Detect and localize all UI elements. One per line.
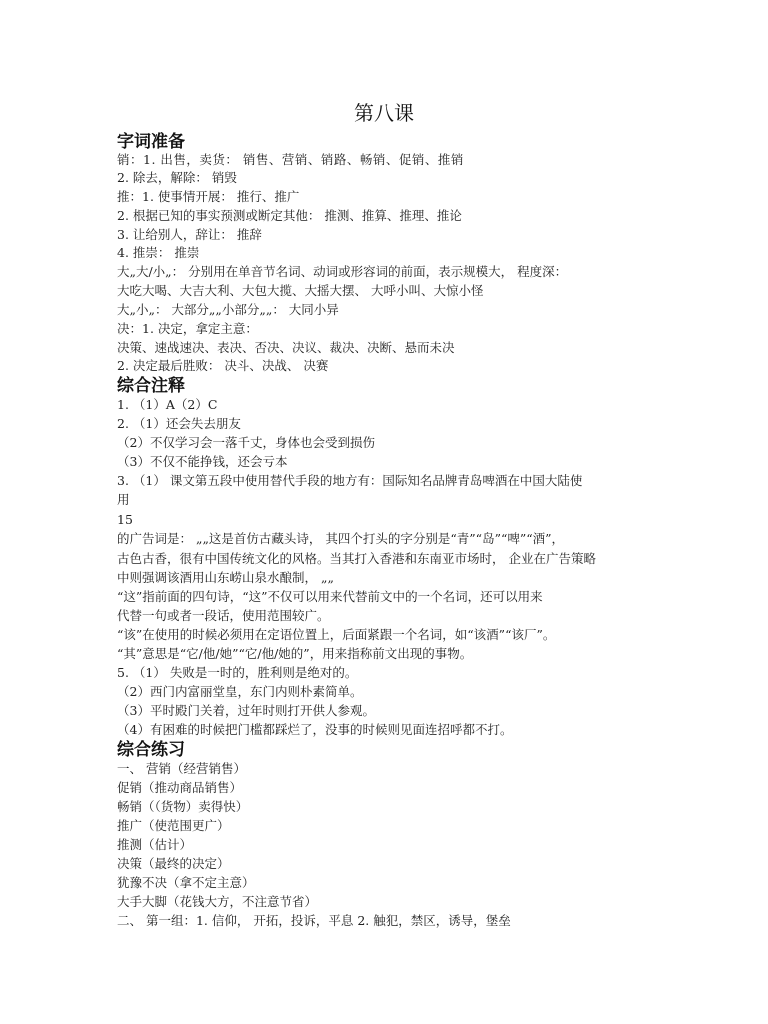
text-line: “其”意思是“它/他/她”“它/他/她的”，用来指称前文出现的事物。 (117, 646, 472, 662)
text-line: 4. 推崇： 推崇 (117, 245, 199, 261)
text-line: 2. 根据已知的事实预测或断定其他： 推测、推算、推理、推论 (117, 208, 462, 224)
text-line: 古色古香，很有中国传统文化的风格。当其打入香港和东南亚市场时， 企业在广告策略 (117, 551, 596, 567)
section-heading-vocabulary: 字词准备 (117, 132, 185, 152)
text-line: 推：1. 使事情开展： 推行、推广 (117, 189, 299, 205)
document-page: 第八课 字词准备 销：1. 出售，卖货： 销售、营销、销路、畅销、促销、推销 2… (0, 0, 768, 1024)
text-line: 的广告词是： „„这是首仿古藏头诗， 其四个打头的字分别是“青”“岛”“啤”“酒… (117, 531, 564, 547)
text-line: “该”在使用的时候必须用在定语位置上，后面紧跟一个名词，如“该酒”“该厂”。 (117, 627, 555, 643)
section-heading-exercises: 综合练习 (117, 740, 185, 760)
text-line: （4）有困难的时候把门槛都踩烂了，没事的时候则见面连招呼都不打。 (117, 722, 512, 738)
text-line: （2）不仅学习会一落千丈，身体也会受到损伤 (117, 435, 375, 451)
page-number-inline: 15 (117, 512, 133, 528)
text-line: 大吃大喝、大吉大利、大包大揽、大摇大摆、 大呼小叫、大惊小怪 (117, 283, 483, 299)
text-line: “这”指前面的四句诗，“这”不仅可以用来代替前文中的一个名词，还可以用来 (117, 589, 543, 605)
text-line: 促销（推动商品销售） (117, 780, 242, 796)
text-line: （3）平时殿门关着，过年时则打开供人参观。 (117, 703, 375, 719)
text-line: 用 (117, 492, 130, 508)
page-title: 第八课 (0, 100, 768, 126)
text-line: 一、 营销（经营销售） (117, 761, 246, 777)
text-line: 销：1. 出售，卖货： 销售、营销、销路、畅销、促销、推销 (117, 152, 464, 168)
text-line: 决策、速战速决、表决、否决、决议、裁决、决断、悬而未决 (117, 340, 455, 356)
text-line: 大手大脚（花钱大方，不注意节省） (117, 894, 317, 910)
text-line: 中则强调该酒用山东崂山泉水酿制， „„ (117, 570, 334, 586)
text-line: 5. （1） 失败是一时的，胜利则是绝对的。 (117, 665, 357, 681)
text-line: 2. 决定最后胜败： 决斗、决战、 决赛 (117, 358, 328, 374)
text-line: （2）西门内富丽堂皇，东门内则朴素简单。 (117, 684, 362, 700)
text-line: （3）不仅不能挣钱，还会亏本 (117, 454, 287, 470)
text-line: 1. （1）A（2）C (117, 397, 217, 413)
text-line: 3. （1） 课文第五段中使用替代手段的地方有：国际知名品牌青岛啤酒在中国大陆使 (117, 473, 582, 489)
text-line: 决：1. 决定，拿定主意： (117, 321, 258, 337)
text-line: 犹豫不决（拿不定主意） (117, 875, 255, 891)
text-line: 大„大/小„： 分别用在单音节名词、动词或形容词的前面，表示规模大， 程度深： (117, 264, 567, 280)
section-heading-annotations: 综合注释 (117, 376, 185, 396)
text-line: 畅销（（货物）卖得快） (117, 799, 248, 815)
text-line: 2. （1）还会失去朋友 (117, 416, 241, 432)
text-line: 大„小„： 大部分„„小部分„„： 大同小异 (117, 302, 339, 318)
text-line: 二、 第一组：1. 信仰， 开拓，投诉，平息 2. 触犯，禁区，诱导，堡垒 (117, 913, 511, 929)
text-line: 2. 除去，解除： 销毁 (117, 170, 237, 186)
text-line: 3. 让给别人，辞让： 推辞 (117, 227, 262, 243)
text-line: 推测（估计） (117, 837, 192, 853)
text-line: 推广（使范围更广） (117, 818, 230, 834)
text-line: 代替一句或者一段话，使用范围较广。 (117, 608, 330, 624)
text-line: 决策（最终的决定） (117, 856, 230, 872)
